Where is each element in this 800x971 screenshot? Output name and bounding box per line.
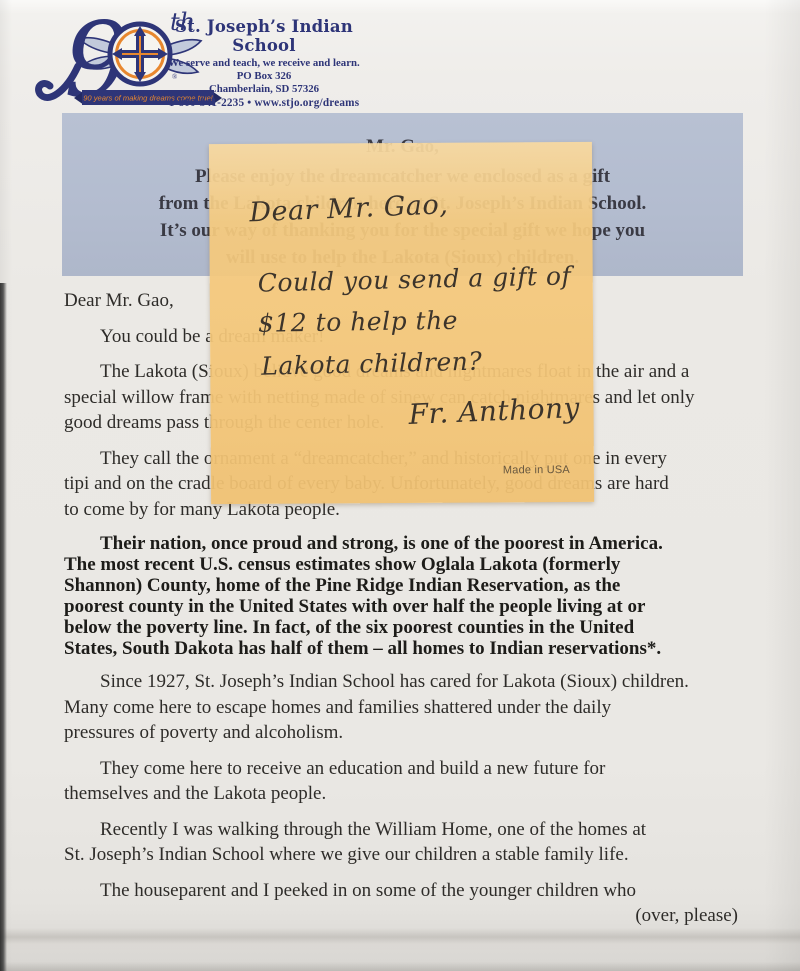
letterhead: 9 ® th 90 years of ma xyxy=(0,0,800,110)
letterhead-text: St. Joseph’s Indian School We serve and … xyxy=(148,17,380,109)
over-please-note: (over, please) xyxy=(635,905,738,927)
letter-line: The most recent U.S. census estimates sh… xyxy=(64,554,742,575)
letter-paragraph: The houseparent and I peeked in on some … xyxy=(64,878,742,904)
note-message-line: Lakota children? xyxy=(261,347,483,381)
scanned-letter-page: 9 ® th 90 years of ma xyxy=(0,0,800,971)
letter-line: Many come here to escape homes and famil… xyxy=(64,695,742,721)
letter-line: Their nation, once proud and strong, is … xyxy=(64,533,742,554)
letter-line: They come here to receive an education a… xyxy=(64,756,742,782)
phone-and-website: 1-800-341-2235 • www.stjo.org/dreams xyxy=(148,97,380,109)
city-state-zip: Chamberlain, SD 57326 xyxy=(148,83,380,95)
letter-line: below the poverty line. In fact, of the … xyxy=(64,617,742,638)
letter-line: pressures of poverty and alcoholism. xyxy=(64,720,742,746)
letter-line: St. Joseph’s Indian School where we give… xyxy=(64,842,742,868)
letter-line: Shannon) County, home of the Pine Ridge … xyxy=(64,575,742,596)
letter-paragraph: They come here to receive an education a… xyxy=(64,756,742,807)
note-message-line: Could you send a gift of xyxy=(257,261,571,297)
letter-line: States, South Dakota has half of them – … xyxy=(64,638,742,659)
note-signature: Fr. Anthony xyxy=(408,391,581,431)
school-tagline: We serve and teach, we receive and learn… xyxy=(148,57,380,69)
letter-line: Since 1927, St. Joseph’s Indian School h… xyxy=(64,669,742,695)
note-message-line: $12 to help the xyxy=(258,306,458,338)
letter-paragraph: Recently I was walking through the Willi… xyxy=(64,817,742,868)
made-in-usa-label: Made in USA xyxy=(503,464,570,476)
letter-line: Recently I was walking through the Willi… xyxy=(64,817,742,843)
sticky-note: Dear Mr. Gao, Could you send a gift of $… xyxy=(209,142,594,504)
po-box: PO Box 326 xyxy=(148,70,380,82)
letter-paragraph: Since 1927, St. Joseph’s Indian School h… xyxy=(64,669,742,746)
letter-line: poorest county in the United States with… xyxy=(64,596,742,617)
school-name: St. Joseph’s Indian School xyxy=(148,17,380,55)
letter-paragraph: Their nation, once proud and strong, is … xyxy=(64,533,742,659)
letter-line: themselves and the Lakota people. xyxy=(64,781,742,807)
note-greeting: Dear Mr. Gao, xyxy=(249,189,449,228)
scanner-edge-shadow xyxy=(0,283,7,971)
letter-line: The houseparent and I peeked in on some … xyxy=(64,878,742,904)
